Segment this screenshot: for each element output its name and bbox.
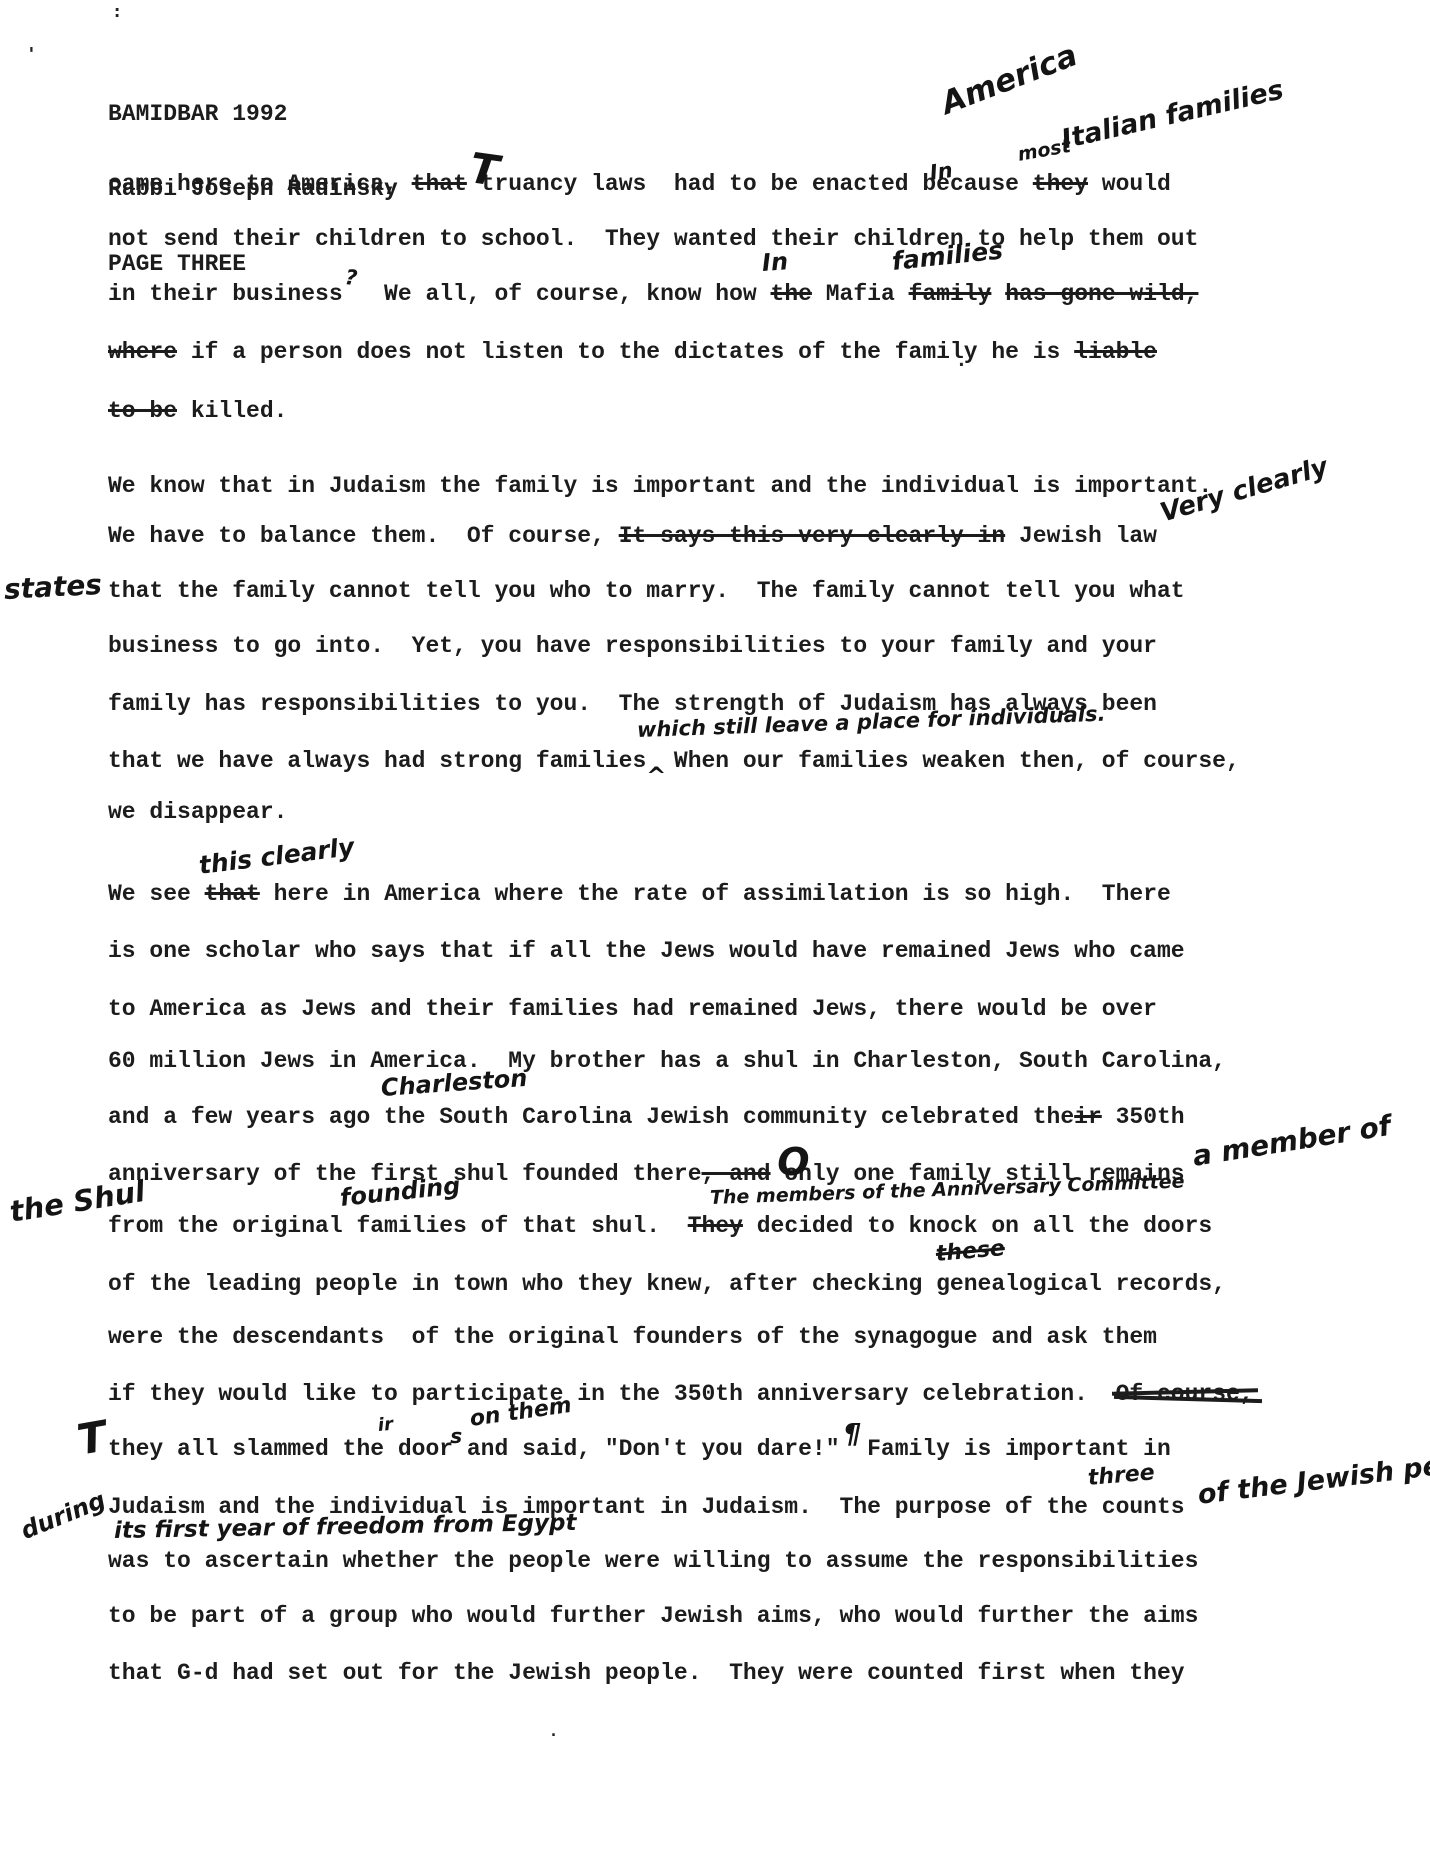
struck-text: has gone wild, bbox=[1005, 281, 1198, 307]
typed-text: We know that in Judaism the family is im… bbox=[108, 473, 1212, 499]
typed-line: they all slammed the door and said, "Don… bbox=[108, 1436, 1171, 1462]
typed-line: was to ascertain whether the people were… bbox=[108, 1548, 1198, 1574]
struck-text: that bbox=[412, 171, 467, 197]
typed-line: We see that here in America where the ra… bbox=[108, 881, 1171, 907]
header-title: BAMIDBAR 1992 bbox=[108, 102, 398, 127]
handwritten-annotation: three bbox=[1087, 1462, 1156, 1490]
typed-line: business to go into. Yet, you have respo… bbox=[108, 633, 1157, 659]
typed-text: from the original families of that shul. bbox=[108, 1213, 688, 1239]
typed-line: is one scholar who says that if all the … bbox=[108, 938, 1185, 964]
typed-text: 60 million Jews in America. My brother h… bbox=[108, 1048, 1226, 1074]
typed-text: is one scholar who says that if all the … bbox=[108, 938, 1185, 964]
typed-line: came here to America, that truancy laws … bbox=[108, 171, 1171, 197]
struck-text: liable bbox=[1074, 339, 1157, 365]
handwritten-annotation: a member of bbox=[1190, 1112, 1392, 1171]
typed-line: were the descendants of the original fou… bbox=[108, 1324, 1157, 1350]
struck-text: they bbox=[1033, 171, 1088, 197]
typed-text: here in America where the rate of assimi… bbox=[260, 881, 1171, 907]
struck-text: It says this very clearly in bbox=[619, 523, 1005, 549]
typed-text: that the family cannot tell you who to m… bbox=[108, 578, 1185, 604]
document-page: BAMIDBAR 1992 Rabbi Joseph Radinsky PAGE… bbox=[0, 0, 1430, 1851]
stray-ink-mark: · bbox=[549, 1726, 558, 1744]
struck-text: They bbox=[688, 1213, 743, 1239]
typed-text: and a few years ago the South Carolina J… bbox=[108, 1104, 1074, 1130]
typed-text: Jewish law bbox=[1005, 523, 1157, 549]
handwritten-annotation: In bbox=[929, 160, 954, 184]
struck-text: to be bbox=[108, 398, 177, 424]
handwritten-annotation: ¶ bbox=[844, 1420, 862, 1448]
typed-text: that we have always had strong families … bbox=[108, 748, 1240, 774]
typed-text: to be part of a group who would further … bbox=[108, 1603, 1198, 1629]
struck-text: that bbox=[205, 881, 260, 907]
typed-text: not send their children to school. They … bbox=[108, 226, 1198, 252]
handwritten-annotation: T bbox=[467, 147, 501, 193]
typed-line: of the leading people in town who they k… bbox=[108, 1271, 1226, 1297]
typed-line: that G-d had set out for the Jewish peop… bbox=[108, 1660, 1185, 1686]
typed-text: if they would like to participate in the… bbox=[108, 1381, 1116, 1407]
typed-text: we disappear. bbox=[108, 799, 287, 825]
typed-line: that we have always had strong families … bbox=[108, 748, 1240, 774]
typed-text: of the leading people in town who they k… bbox=[108, 1271, 1226, 1297]
stray-ink-mark: ' bbox=[26, 44, 37, 65]
stray-ink-mark: . bbox=[956, 350, 967, 371]
typed-text: they all slammed the door and said, "Don… bbox=[108, 1436, 1171, 1462]
struck-text: family bbox=[909, 281, 992, 307]
typed-line: to America as Jews and their families ha… bbox=[108, 996, 1157, 1022]
typed-line: to be part of a group who would further … bbox=[108, 1603, 1198, 1629]
typed-line: that the family cannot tell you who to m… bbox=[108, 578, 1185, 604]
struck-text: the bbox=[771, 281, 812, 307]
typed-text bbox=[991, 281, 1005, 307]
handwritten-annotation: ^ bbox=[646, 764, 666, 788]
typed-text: We see bbox=[108, 881, 205, 907]
typed-text: 350th bbox=[1102, 1104, 1185, 1130]
typed-line: we disappear. bbox=[108, 799, 287, 825]
handwritten-annotation: its first year of freedom from Egypt bbox=[113, 1512, 576, 1543]
typed-line: We have to balance them. Of course, It s… bbox=[108, 523, 1157, 549]
typed-text: We have to balance them. Of course, bbox=[108, 523, 619, 549]
handwritten-annotation: of the Jewish pe bbox=[1197, 1452, 1430, 1509]
typed-line: from the original families of that shul.… bbox=[108, 1213, 1212, 1239]
struck-text: Of course, bbox=[1116, 1381, 1254, 1407]
typed-text: came here to America, bbox=[108, 171, 412, 197]
struck-text: , and bbox=[702, 1161, 771, 1187]
typed-text: was to ascertain whether the people were… bbox=[108, 1548, 1198, 1574]
typed-text: Mafia bbox=[812, 281, 909, 307]
handwritten-annotation: s bbox=[450, 1426, 462, 1446]
stray-ink-mark: : bbox=[112, 2, 122, 22]
handwritten-annotation: In bbox=[761, 249, 789, 275]
typed-line: in their business We all, of course, kno… bbox=[108, 281, 1198, 307]
typed-line: if they would like to participate in the… bbox=[108, 1381, 1254, 1407]
typed-text: that G-d had set out for the Jewish peop… bbox=[108, 1660, 1185, 1686]
typed-text: in their business We all, of course, kno… bbox=[108, 281, 771, 307]
typed-text: decided to knock on all the doors bbox=[743, 1213, 1212, 1239]
typed-text: would bbox=[1088, 171, 1171, 197]
struck-text: ir bbox=[1074, 1104, 1102, 1130]
struck-text: where bbox=[108, 339, 177, 365]
typed-line: not send their children to school. They … bbox=[108, 226, 1198, 252]
typed-line: and a few years ago the South Carolina J… bbox=[108, 1104, 1185, 1130]
handwritten-annotation: Italian families bbox=[1059, 76, 1286, 153]
typed-text: to America as Jews and their families ha… bbox=[108, 996, 1157, 1022]
handwritten-annotation: this clearly bbox=[198, 834, 356, 878]
handwritten-annotation: during bbox=[18, 1488, 109, 1543]
handwritten-annotation: America bbox=[937, 40, 1081, 120]
typed-line: to be killed. bbox=[108, 398, 287, 424]
typed-text: killed. bbox=[177, 398, 287, 424]
typed-line: 60 million Jews in America. My brother h… bbox=[108, 1048, 1226, 1074]
typed-text: if a person does not listen to the dicta… bbox=[177, 339, 1074, 365]
typed-line: We know that in Judaism the family is im… bbox=[108, 473, 1212, 499]
typed-line: where if a person does not listen to the… bbox=[108, 339, 1157, 365]
handwritten-annotation: states bbox=[3, 571, 102, 604]
typed-text: were the descendants of the original fou… bbox=[108, 1324, 1157, 1350]
typed-text: business to go into. Yet, you have respo… bbox=[108, 633, 1157, 659]
handwritten-annotation: T bbox=[74, 1415, 110, 1461]
handwritten-annotation: O bbox=[777, 1143, 809, 1181]
handwritten-annotation: these bbox=[935, 1238, 1006, 1266]
handwritten-annotation: ir bbox=[378, 1416, 395, 1435]
